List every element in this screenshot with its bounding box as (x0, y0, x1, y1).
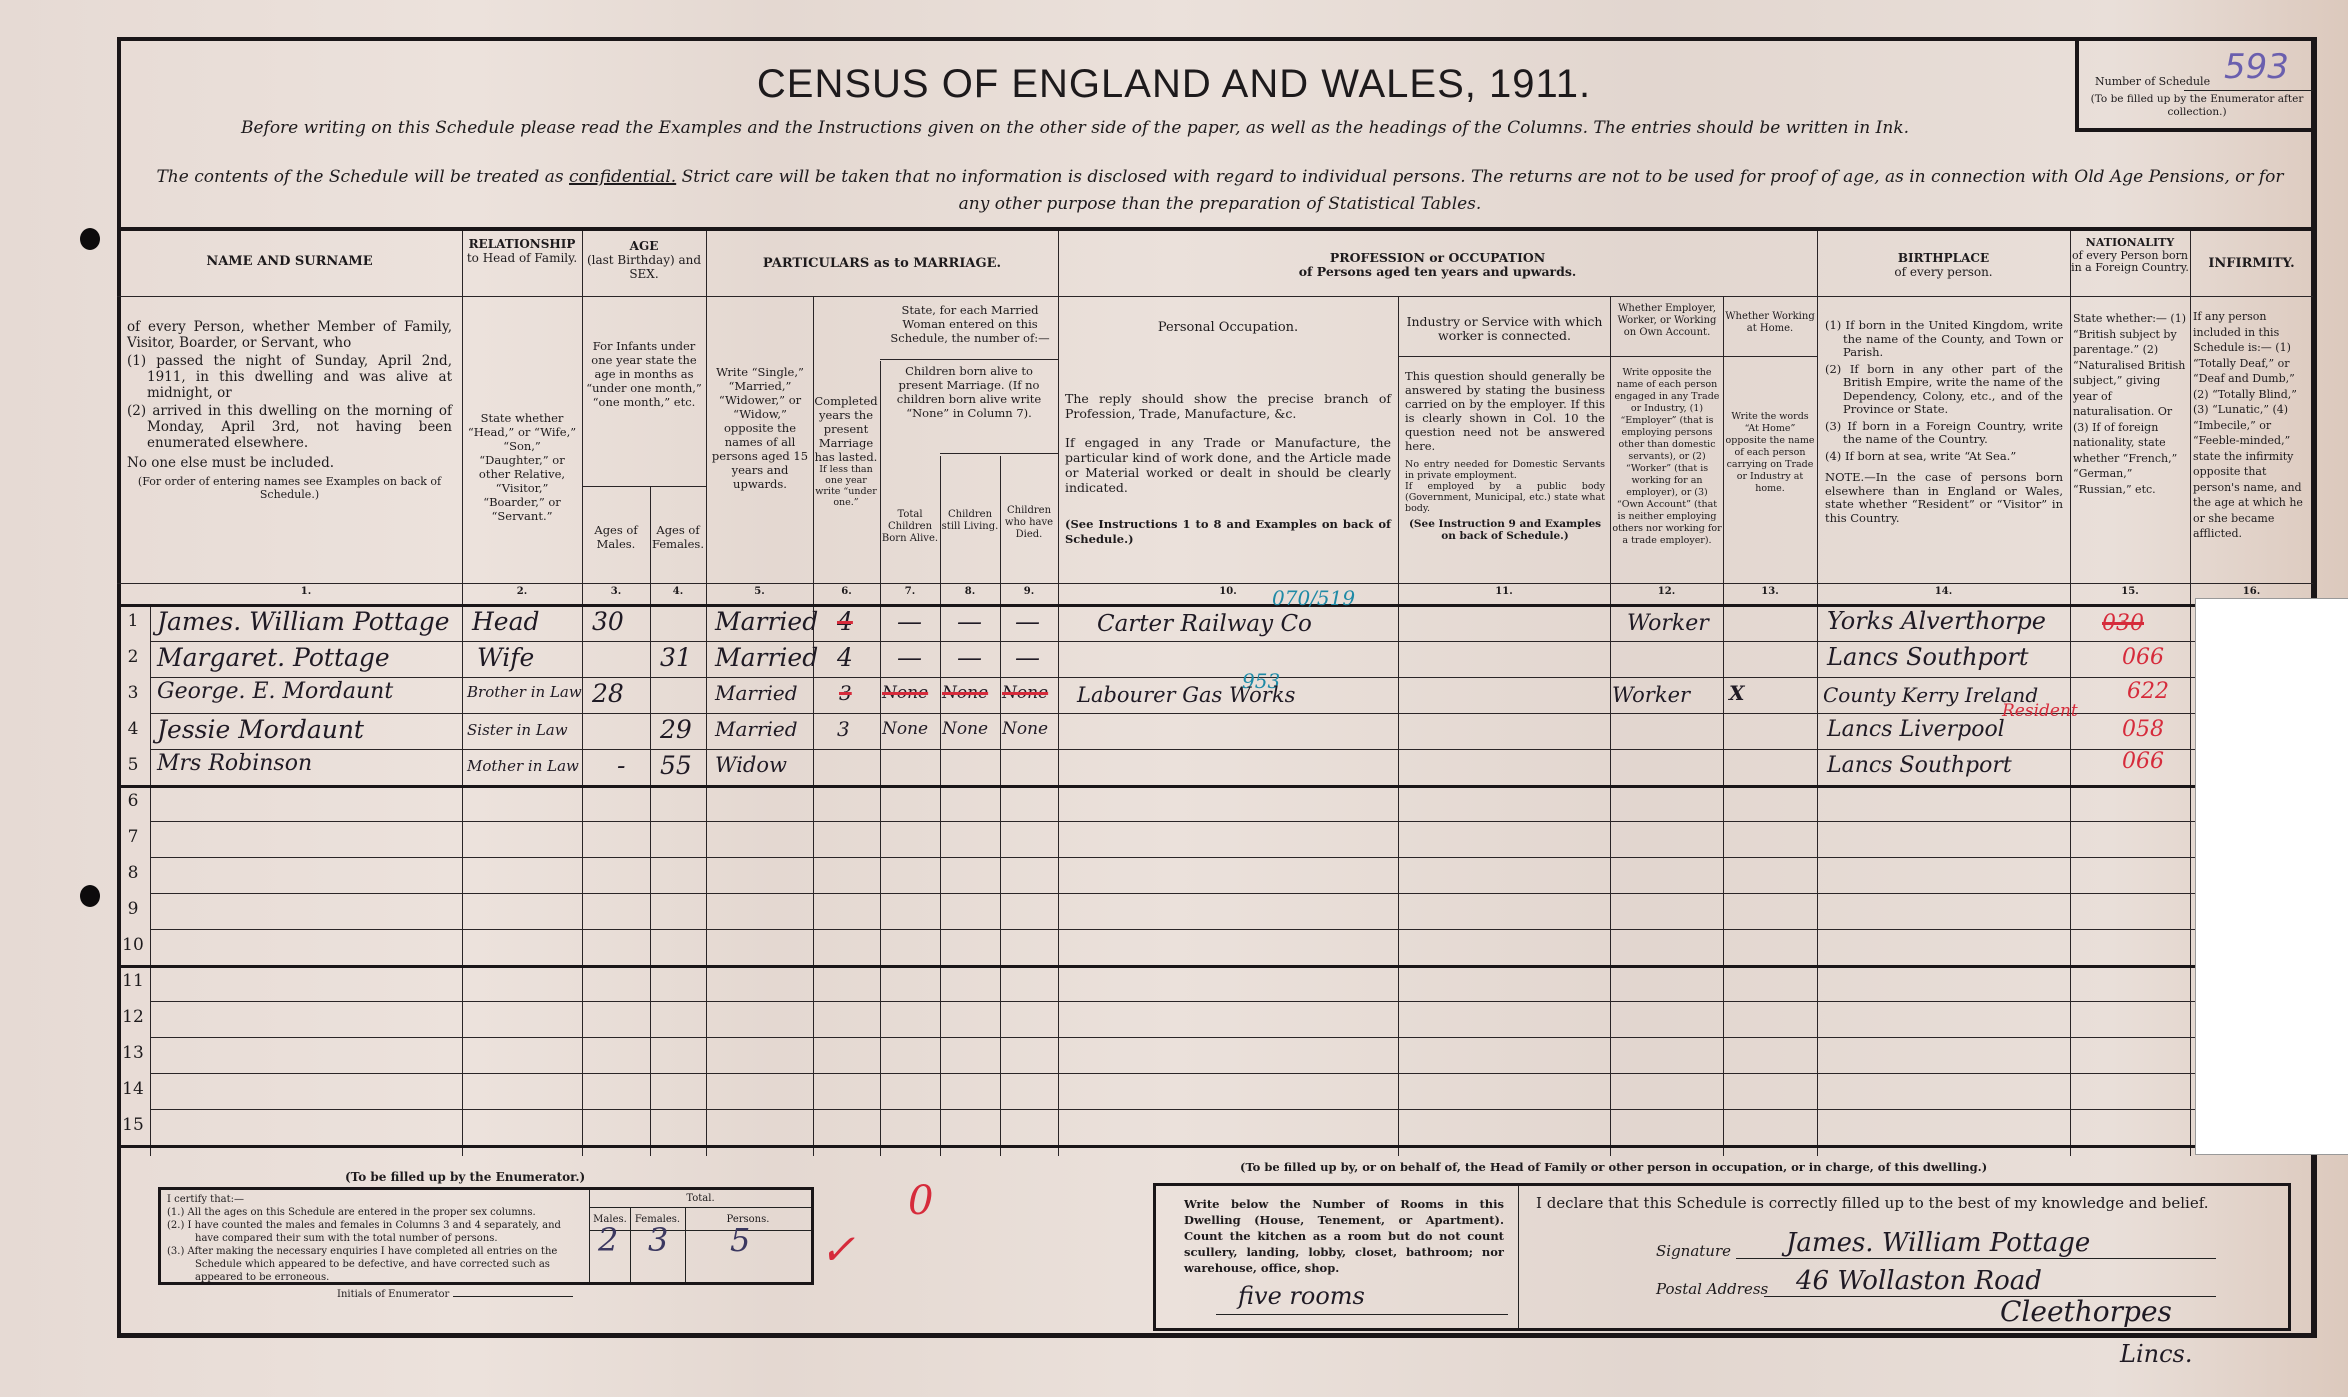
row-number: 8 (117, 863, 149, 883)
certify-1: (1.) All the ages on this Schedule are e… (167, 1206, 587, 1219)
col7-label: Total Children Born Alive. (881, 509, 939, 545)
col11-body2: No entry needed for Domestic Servants in… (1405, 459, 1605, 481)
females-total: 3 (648, 1234, 668, 1247)
colnum-9: 9. (1000, 586, 1058, 606)
col13-title: Whether Working at Home. (1725, 311, 1815, 335)
col10-body1: The reply should show the precise branch… (1065, 391, 1391, 421)
years-married: 4 (837, 643, 853, 672)
col12-title: Whether Employer, Worker, or Working on … (1612, 303, 1722, 339)
col13-body: Write the words “At Home” opposite the n… (1725, 411, 1815, 495)
person-name: George. E. Mordaunt (157, 679, 393, 704)
birthplace-sub: of every person. (1817, 265, 2070, 279)
age-male: 28 (592, 679, 624, 708)
address-line3: Lincs. (2120, 1340, 2192, 1368)
row-number: 5 (117, 755, 149, 775)
col6-text: Completed years the present Marriage has… (814, 394, 878, 464)
males-total: 2 (598, 1234, 618, 1247)
header-marriage: PARTICULARS as to MARRIAGE. (706, 257, 1058, 271)
initials-line (453, 1296, 573, 1297)
address-line2: Cleethorpes (2000, 1295, 2172, 1328)
row-number: 11 (117, 971, 149, 991)
check-mark-icon: ✓ (820, 1225, 855, 1274)
row-number: 9 (117, 899, 149, 919)
relationship-title: RELATIONSHIP (462, 237, 582, 251)
occupation: Carter Railway Co (1097, 611, 1312, 637)
name-body-text: of every Person, whether Member of Famil… (127, 319, 452, 351)
relationship-sub: to Head of Family. (462, 251, 582, 265)
children-died: None (1002, 719, 1048, 739)
colnum-15: 15. (2070, 586, 2190, 606)
children-heading: Children born alive to present Marriage.… (883, 364, 1055, 420)
redaction-box (2195, 598, 2348, 1155)
age-sub: (last Birthday) and SEX. (582, 253, 706, 281)
address-line1: 46 Wollaston Road (1796, 1266, 2042, 1296)
age-female: 55 (660, 751, 692, 780)
col8-label: Children still Living. (941, 509, 999, 533)
children-living: None (942, 683, 988, 703)
person-name: Margaret. Pottage (157, 643, 390, 672)
marital-condition: Widow (715, 753, 787, 777)
children-living: — (957, 643, 982, 672)
col11-body3: If employed by a public body (Government… (1405, 481, 1605, 514)
colnum-6: 6. (813, 586, 880, 606)
rooms-value: five rooms (1238, 1282, 1365, 1310)
birthplace: Lancs Southport (1827, 643, 2028, 671)
col11-body1: This question should generally be answer… (1405, 369, 1605, 453)
header-nationality: NATIONALITY of every Person born in a Fo… (2070, 237, 2190, 275)
persons-total: 5 (730, 1234, 750, 1247)
signature-label: Signature (1656, 1242, 1731, 1260)
children-died: — (1015, 643, 1040, 672)
total-label: Total. (590, 1192, 811, 1205)
nationality-body: State whether:— (1) “British subject by … (2073, 311, 2187, 497)
rooms-instructions: Write below the Number of Rooms in this … (1184, 1196, 1504, 1276)
colnum-14: 14. (1817, 586, 2070, 606)
enumerator-certify: I certify that:— (1.) All the ages on th… (167, 1193, 587, 1301)
colnum-13: 13. (1723, 586, 1817, 606)
nationality-title: NATIONALITY (2070, 237, 2190, 250)
colnum-8: 8. (940, 586, 1000, 606)
person-name: James. William Pottage (157, 607, 450, 636)
years-married: 4 (837, 607, 853, 636)
row-number: 15 (117, 1115, 149, 1135)
col10-body: The reply should show the precise branch… (1065, 391, 1391, 547)
confidential-pre: The contents of the Schedule will be tre… (156, 167, 569, 187)
confidential-notice: The contents of the Schedule will be tre… (140, 164, 2300, 218)
birthplace-item4: (4) If born at sea, write “At Sea.” (1825, 450, 2063, 464)
profession-sub: of Persons aged ten years and upwards. (1058, 265, 1817, 279)
children-born: — (897, 607, 922, 636)
colnum-5: 5. (706, 586, 813, 606)
marital-condition: Married (715, 717, 798, 741)
name-none-else: No one else must be included. (127, 455, 452, 471)
col6-note: If less than one year write “under one.” (814, 464, 878, 508)
col11-body: This question should generally be answer… (1405, 369, 1605, 542)
age-males-label: Ages of Males. (583, 523, 649, 551)
header-profession: PROFESSION or OCCUPATION of Persons aged… (1058, 251, 1817, 279)
employment-status: Worker (1612, 683, 1690, 707)
birthplace-item2: (2) If born in any other part of the Bri… (1825, 363, 2063, 417)
name-item2: (2) arrived in this dwelling on the morn… (127, 403, 452, 451)
years-married: 3 (837, 717, 850, 741)
birthplace: Yorks Alverthorpe (1827, 607, 2046, 635)
children-died: — (1015, 607, 1040, 636)
confidential-word: confidential. (569, 167, 676, 187)
profession-title: PROFESSION or OCCUPATION (1058, 251, 1817, 265)
row-number: 10 (117, 935, 149, 955)
header-infirmity: INFIRMITY. (2190, 257, 2313, 271)
marital-condition: Married (715, 607, 818, 636)
row-number: 14 (117, 1079, 149, 1099)
relationship: Wife (477, 643, 534, 672)
nationality-sub: of every Person born in a Foreign Countr… (2070, 250, 2190, 275)
row-number: 6 (117, 791, 149, 811)
marriage-col6-body: Completed years the present Marriage has… (814, 394, 878, 508)
colnum-7: 7. (880, 586, 940, 606)
name-order-note: (For order of entering names see Example… (127, 475, 452, 501)
colnum-2: 2. (462, 586, 582, 606)
schedule-number-box: Number of Schedule 593 (To be filled up … (2075, 37, 2317, 132)
enumerator-box: I certify that:— (1.) All the ages on th… (158, 1187, 814, 1285)
row-number: 2 (117, 647, 149, 667)
enumerator-heading: (To be filled up by the Enumerator.) (345, 1170, 585, 1184)
relationship: Brother in Law (467, 683, 582, 701)
marital-condition: Married (715, 681, 798, 705)
certify-2: (2.) I have counted the males and female… (167, 1219, 587, 1245)
totals: Total. Males. Females. Persons. 2 3 5 (589, 1190, 811, 1282)
initials-row: Initials of Enumerator (167, 1288, 587, 1301)
children-living: None (942, 719, 988, 739)
nationality-code: 058 (2122, 717, 2164, 742)
colnum-3: 3. (582, 586, 650, 606)
age-male: - (617, 751, 625, 780)
relationship-body: State whether “Head,” or “Wife,” “Son,” … (467, 411, 577, 523)
age-title: AGE (582, 239, 706, 253)
header-name-body: of every Person, whether Member of Famil… (127, 319, 452, 501)
children-born: None (882, 683, 928, 703)
colnum-11: 11. (1398, 586, 1610, 606)
certify-3: (3.) After making the necessary enquirie… (167, 1245, 587, 1284)
header-name-title: NAME AND SURNAME (117, 255, 462, 269)
row-number: 7 (117, 827, 149, 847)
declaration: I declare that this Schedule is correctl… (1536, 1194, 2209, 1212)
age-female: 29 (660, 715, 692, 744)
birthplace-note: NOTE.—In the case of persons born elsewh… (1825, 471, 2063, 525)
age-female: 31 (660, 643, 692, 672)
employment-status: Worker (1627, 611, 1709, 636)
children-born: — (897, 643, 922, 672)
residence-annotation: Resident (2002, 701, 2078, 721)
age-body: For Infants under one year state the age… (584, 339, 704, 409)
years-married: 3 (817, 681, 874, 705)
row-number: 3 (117, 683, 149, 703)
header-birthplace: BIRTHPLACE of every person. (1817, 251, 2070, 279)
form-title: CENSUS OF ENGLAND AND WALES, 1911. (0, 62, 2348, 107)
marital-condition: Married (715, 643, 818, 672)
children-living: — (957, 607, 982, 636)
schedule-number-note: (To be filled up by the Enumerator after… (2085, 93, 2309, 119)
col9-label: Children who have Died. (1001, 505, 1057, 541)
header-relationship: RELATIONSHIP to Head of Family. (462, 237, 582, 265)
row-number: 1 (117, 611, 149, 631)
occupation-code: 070/519 (1272, 586, 1355, 610)
punch-hole (80, 228, 100, 250)
confidential-post: Strict care will be taken that no inform… (676, 167, 2283, 214)
nationality-code: 030 (2102, 611, 2144, 636)
birthplace-item1: (1) If born in the United Kingdom, write… (1825, 319, 2063, 360)
name-item1: (1) passed the night of Sunday, April 2n… (127, 353, 452, 401)
col10-body2: If engaged in any Trade or Manufacture, … (1065, 435, 1391, 495)
col11-note: (See Instruction 9 and Examples on back … (1405, 518, 1605, 542)
birthplace-title: BIRTHPLACE (1817, 251, 2070, 265)
col10-title: Personal Occupation. (1058, 321, 1398, 335)
initials-label: Initials of Enumerator (337, 1289, 449, 1300)
nationality-code: 622 (2127, 679, 2169, 704)
birthplace-body: (1) If born in the United Kingdom, write… (1825, 319, 2063, 525)
children-died: None (1002, 683, 1048, 703)
signature-line (1736, 1258, 2216, 1259)
circle-mark: 0 (908, 1178, 933, 1224)
signature-value: James. William Pottage (1786, 1228, 2090, 1258)
relationship: Sister in Law (467, 721, 568, 739)
census-page: CENSUS OF ENGLAND AND WALES, 1911. Befor… (0, 0, 2348, 1397)
relationship: Mother in Law (467, 757, 579, 775)
marriage-col5-body: Write “Single,” “Married,” “Widower,” or… (709, 365, 811, 491)
colnum-1: 1. (150, 586, 462, 606)
punch-hole (80, 885, 100, 907)
schedule-number-line (2184, 90, 2313, 91)
schedule-number-value: 593 (2224, 47, 2289, 87)
relationship: Head (472, 607, 540, 636)
nationality-code: 066 (2122, 645, 2164, 670)
certify-label: I certify that:— (167, 1193, 587, 1206)
age-male: 30 (592, 607, 624, 636)
household-heading: (To be filled up by, or on behalf of, th… (1240, 1160, 1987, 1174)
bottom-rule (117, 1333, 2317, 1338)
header-age: AGE (last Birthday) and SEX. (582, 239, 706, 281)
nationality-code: 066 (2122, 749, 2164, 774)
rooms-box: Write below the Number of Rooms in this … (1156, 1186, 1519, 1328)
birthplace: Lancs Liverpool (1827, 717, 2005, 742)
col11-title: Industry or Service with which worker is… (1402, 315, 1607, 343)
row-number: 4 (117, 719, 149, 739)
row-number: 13 (117, 1043, 149, 1063)
address-label: Postal Address (1656, 1280, 1768, 1298)
person-name: Jessie Mordaunt (157, 715, 364, 744)
colnum-4: 4. (650, 586, 706, 606)
form-subtitle: Before writing on this Schedule please r… (150, 118, 2000, 138)
birthplace-item3: (3) If born in a Foreign Country, write … (1825, 420, 2063, 447)
at-home-mark: X (1729, 681, 1745, 705)
infirmity-body: If any person included in this Schedule … (2193, 309, 2310, 542)
age-females-label: Ages of Females. (651, 523, 705, 551)
occupation: Labourer Gas Works (1077, 683, 1295, 707)
birthplace: Lancs Southport (1827, 753, 2012, 778)
children-born: None (882, 719, 928, 739)
col12-body: Write opposite the name of each person e… (1612, 367, 1722, 547)
row-number: 12 (117, 1007, 149, 1027)
colnum-12: 12. (1610, 586, 1723, 606)
person-name: Mrs Robinson (157, 751, 312, 776)
married-woman-heading: State, for each Married Woman entered on… (885, 303, 1055, 345)
schedule-number-label: Number of Schedule (2095, 75, 2210, 88)
col10-note: (See Instructions 1 to 8 and Examples on… (1065, 517, 1391, 547)
household-table: NAME AND SURNAME of every Person, whethe… (117, 227, 2317, 1156)
